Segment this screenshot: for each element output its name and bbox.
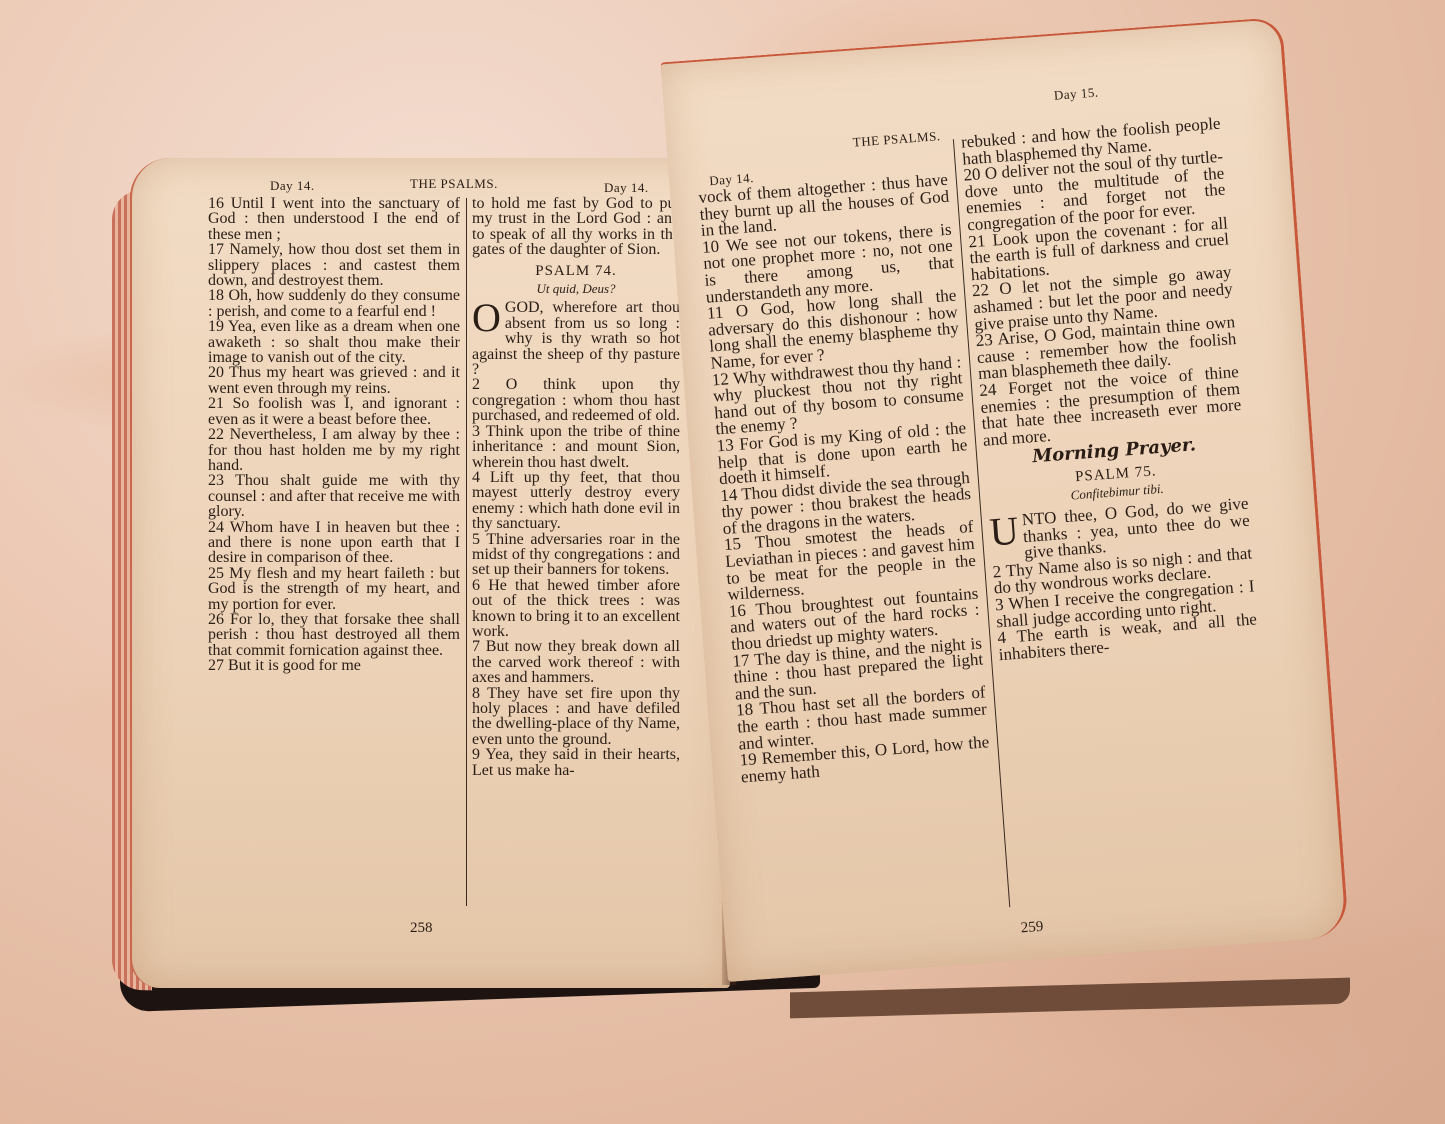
page-number: 258	[410, 920, 433, 937]
verse: 19 Yea, even like as a dream when one aw…	[208, 319, 460, 365]
verse: 2 O think upon thy congregation : whom t…	[472, 377, 680, 423]
verse: 18 Oh, how suddenly do they consume : pe…	[208, 288, 460, 319]
header-title: THE PSALMS.	[410, 176, 498, 192]
verse: to hold me fast by God to put my trust i…	[472, 196, 680, 258]
column-rule	[466, 198, 467, 906]
first-verse: OGOD, wherefore art thou absent from us …	[472, 300, 680, 377]
left-column: 16 Until I went into the sanctuary of Go…	[208, 196, 460, 674]
verse: 23 Thou shalt guide me with thy counsel …	[208, 473, 460, 519]
left-column: vock of them altogether : thus have they…	[698, 172, 991, 786]
drop-cap: O	[472, 302, 501, 334]
verse: 17 Namely, how thou dost set them in sli…	[208, 242, 460, 288]
header-day-right: Day 15.	[1053, 84, 1099, 103]
left-page: Day 14. THE PSALMS. Day 14. 16 Until I w…	[130, 158, 730, 988]
page-number: 259	[1020, 919, 1044, 938]
right-column: to hold me fast by God to put my trust i…	[472, 196, 680, 778]
verse: 27 But it is good for me	[208, 658, 460, 673]
drop-cap: U	[989, 515, 1020, 549]
header-day-right: Day 14.	[604, 180, 649, 196]
header-day-left: Day 14.	[270, 178, 315, 194]
book-spine-bottom	[790, 978, 1350, 1019]
verse: 5 Thine adversaries roar in the midst of…	[472, 532, 680, 578]
verse: 26 For lo, they that forsake thee shall …	[208, 612, 460, 658]
verse: 6 He that hewed timber afore out of the …	[472, 578, 680, 640]
header-title: THE PSALMS.	[852, 128, 941, 150]
verse: 8 They have set fire upon thy holy place…	[472, 686, 680, 748]
right-column: rebuked : and how the foolish people hat…	[961, 116, 1259, 664]
verse: 25 My flesh and my heart faileth : but G…	[208, 566, 460, 612]
verse: 22 Nevertheless, I am alway by thee : fo…	[208, 427, 460, 473]
verse: 7 But now they break down all the carved…	[472, 639, 680, 685]
verse: 4 Lift up thy feet, that thou mayest utt…	[472, 470, 680, 532]
verse: 24 Whom have I in heaven but thee : and …	[208, 520, 460, 566]
psalm-title: PSALM 74.	[472, 264, 680, 279]
right-page: Day 14. THE PSALMS. Day 15. vock of them…	[660, 17, 1349, 982]
verse: 3 Think upon the tribe of thine inherita…	[472, 424, 680, 470]
verse: 20 Thus my heart was grieved : and it we…	[208, 365, 460, 396]
verse: 16 Until I went into the sanctuary of Go…	[208, 196, 460, 242]
verse: 21 So foolish was I, and ignorant : even…	[208, 396, 460, 427]
latin-incipit: Ut quid, Deus?	[472, 281, 680, 296]
verse: 9 Yea, they said in their hearts, Let us…	[472, 747, 680, 778]
